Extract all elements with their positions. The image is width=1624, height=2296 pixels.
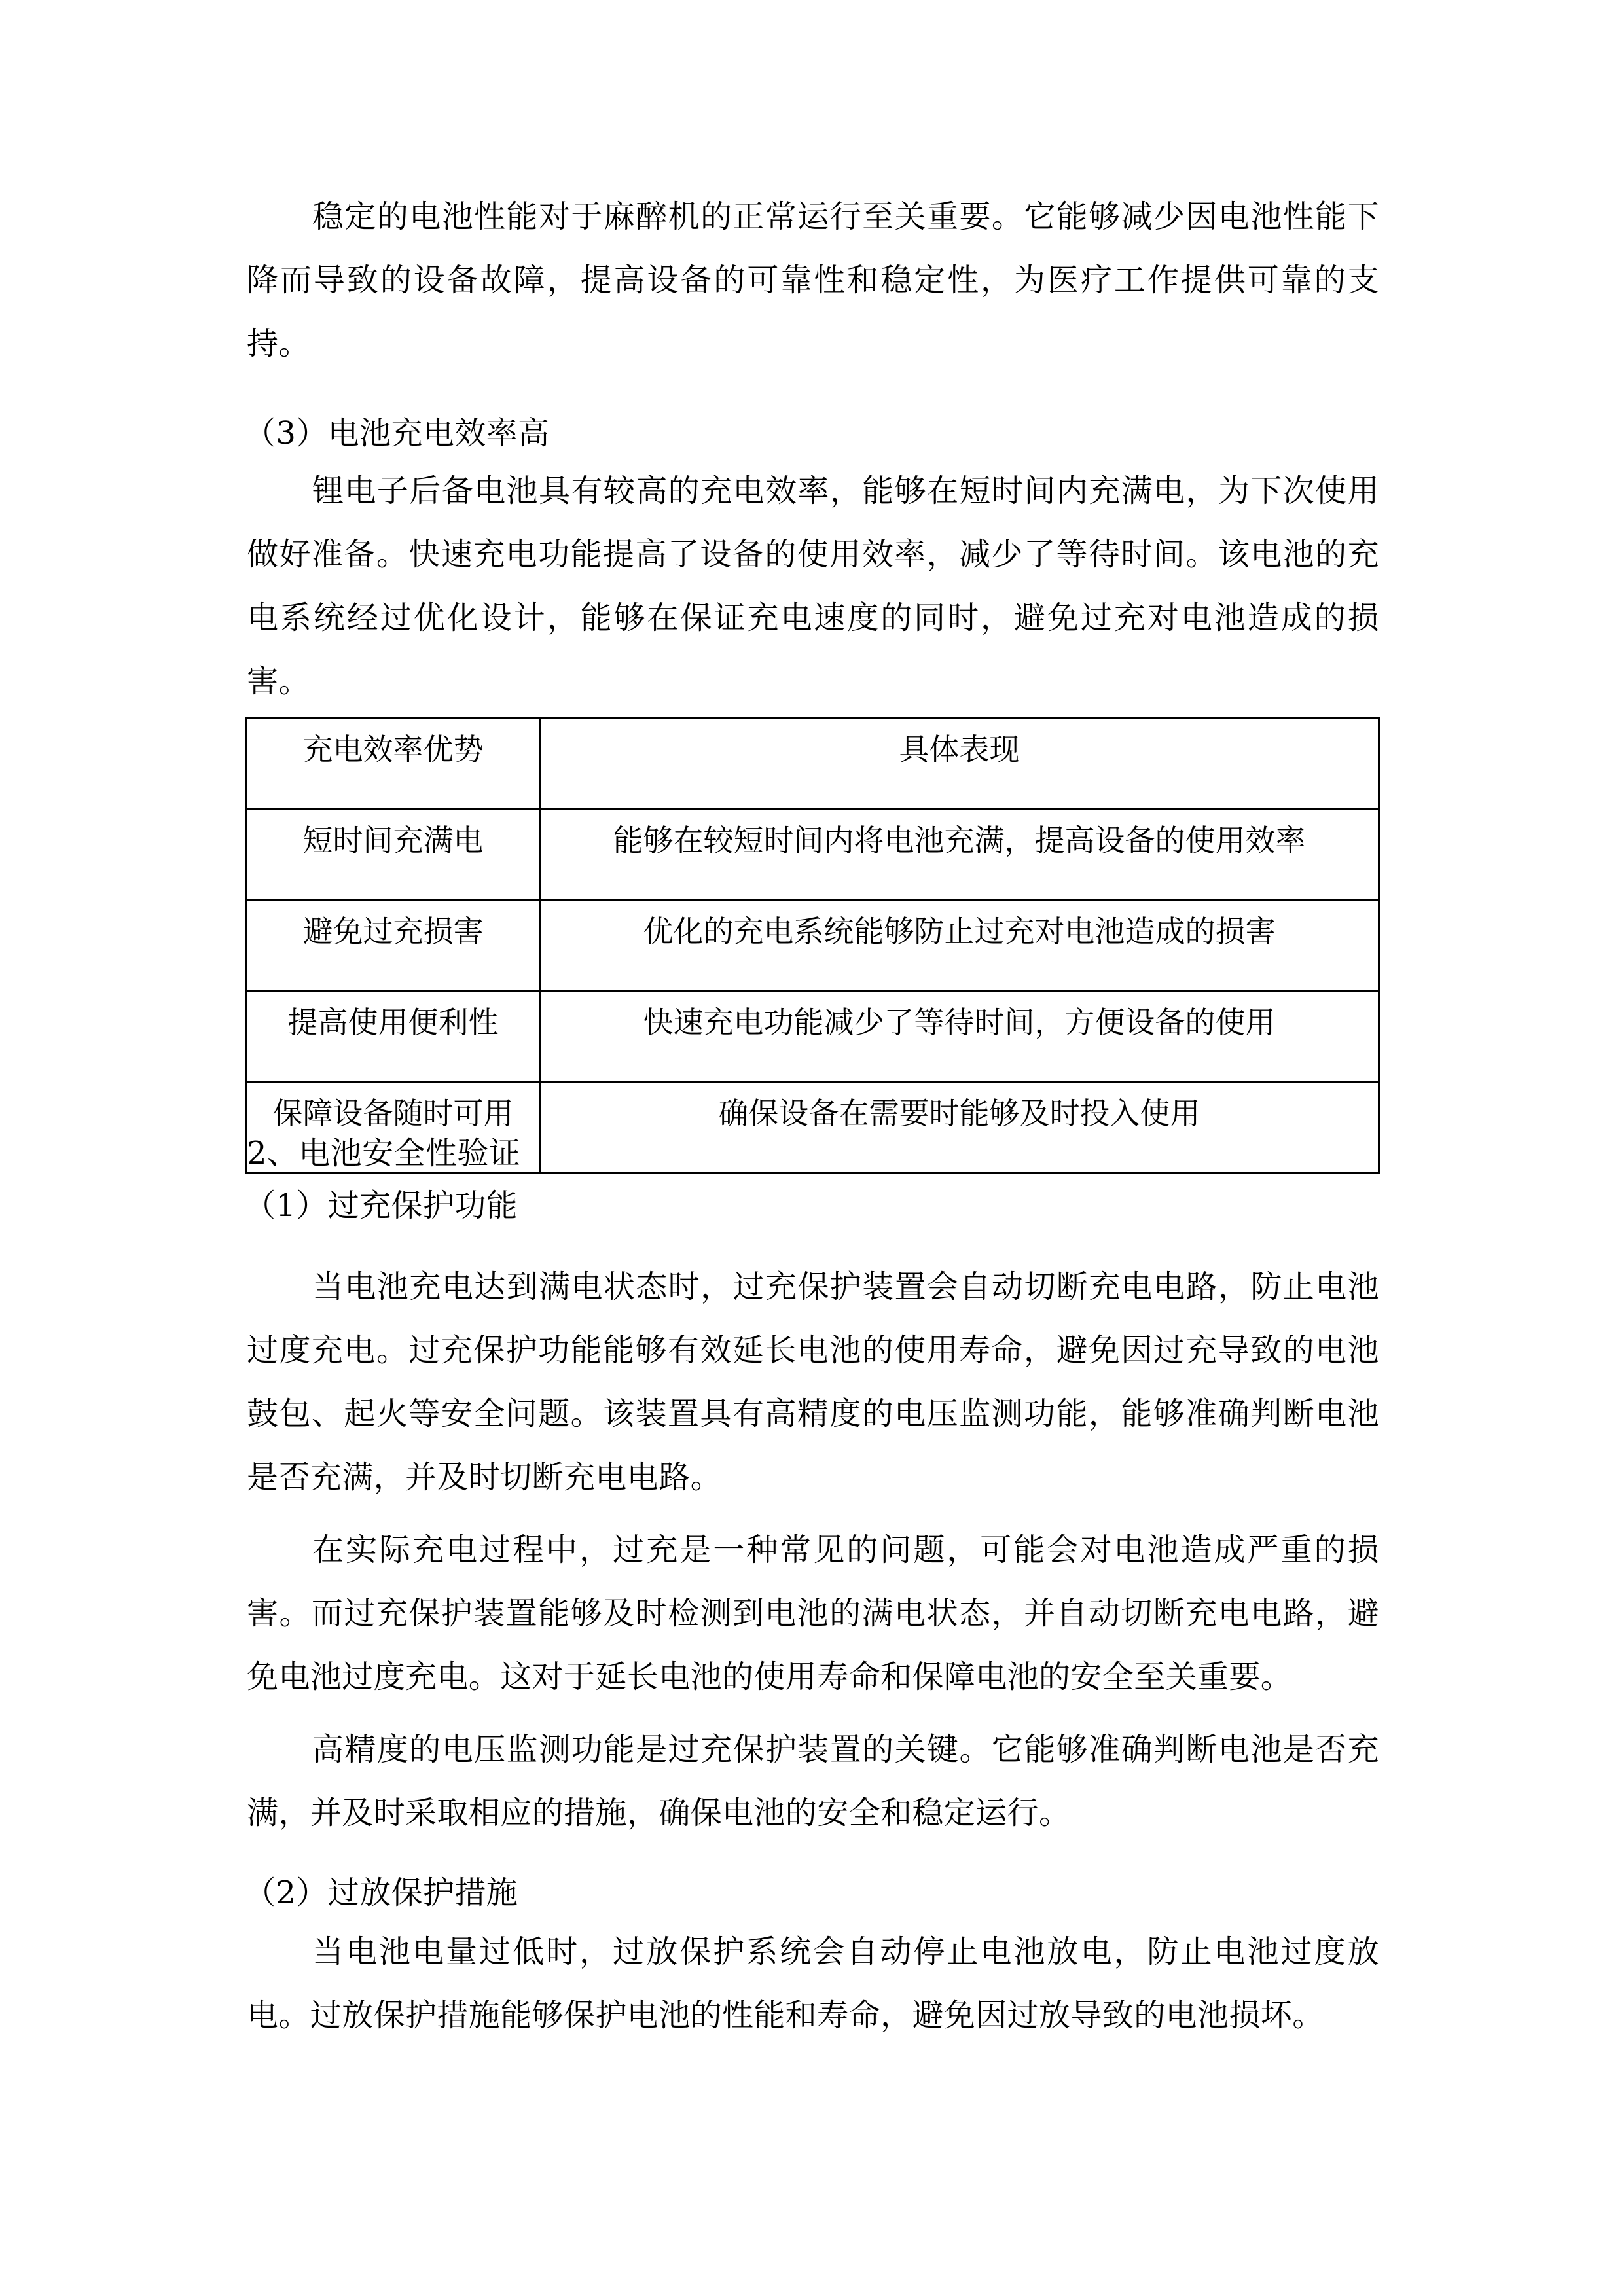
table-cell: 短时间充满电 <box>247 810 540 901</box>
section-battery-safety: 2、电池安全性验证 （1）过充保护功能 <box>247 1127 1379 1232</box>
paragraph-overcharge-1: 当电池充电达到满电状态时，过充保护装置会自动切断充电电路，防止电池过度充电。过充… <box>247 1255 1379 1509</box>
table-row: 短时间充满电 能够在较短时间内将电池充满，提高设备的使用效率 <box>247 810 1379 901</box>
section-heading-battery-safety: 2、电池安全性验证 <box>247 1127 1379 1179</box>
charging-efficiency-table: 充电效率优势 具体表现 短时间充满电 能够在较短时间内将电池充满，提高设备的使用… <box>245 717 1380 1174</box>
table-cell: 提高使用便利性 <box>247 992 540 1083</box>
section-charging-efficiency: （3）电池充电效率高 锂电子后备电池具有较高的充电效率，能够在短时间内充满电，为… <box>247 407 1379 713</box>
paragraph-battery-stability: 稳定的电池性能对于麻醉机的正常运行至关重要。它能够减少因电池性能下降而导致的设备… <box>247 185 1379 376</box>
paragraph-overcharge-2: 在实际充电过程中，过充是一种常见的问题，可能会对电池造成严重的损害。而过充保护装… <box>247 1518 1379 1709</box>
table-cell: 能够在较短时间内将电池充满，提高设备的使用效率 <box>540 810 1379 901</box>
subsection-heading-overcharge: （1）过充保护功能 <box>247 1179 1379 1232</box>
table-header-row: 充电效率优势 具体表现 <box>247 719 1379 810</box>
paragraph-overdischarge: 当电池电量过低时，过放保护系统会自动停止电池放电，防止电池过度放电。过放保护措施… <box>247 1920 1379 2047</box>
table-header-cell: 充电效率优势 <box>247 719 540 810</box>
table-cell: 避免过充损害 <box>247 901 540 992</box>
table-cell: 快速充电功能减少了等待时间，方便设备的使用 <box>540 992 1379 1083</box>
intro-section: 稳定的电池性能对于麻醉机的正常运行至关重要。它能够减少因电池性能下降而导致的设备… <box>247 185 1379 376</box>
section-heading-charging-efficiency: （3）电池充电效率高 <box>247 407 1379 459</box>
table-cell: 优化的充电系统能够防止过充对电池造成的损害 <box>540 901 1379 992</box>
overcharge-section: 当电池充电达到满电状态时，过充保护装置会自动切断充电电路，防止电池过度充电。过充… <box>247 1255 1379 1845</box>
paragraph-overcharge-3: 高精度的电压监测功能是过充保护装置的关键。它能够准确判断电池是否充满，并及时采取… <box>247 1718 1379 1845</box>
table-header-cell: 具体表现 <box>540 719 1379 810</box>
paragraph-charging-efficiency: 锂电子后备电池具有较高的充电效率，能够在短时间内充满电，为下次使用做好准备。快速… <box>247 459 1379 713</box>
overdischarge-section: （2）过放保护措施 当电池电量过低时，过放保护系统会自动停止电池放电，防止电池过… <box>247 1865 1379 2047</box>
subsection-heading-overdischarge: （2）过放保护措施 <box>247 1865 1379 1920</box>
table-row: 避免过充损害 优化的充电系统能够防止过充对电池造成的损害 <box>247 901 1379 992</box>
table-row: 提高使用便利性 快速充电功能减少了等待时间，方便设备的使用 <box>247 992 1379 1083</box>
document-page: 稳定的电池性能对于麻醉机的正常运行至关重要。它能够减少因电池性能下降而导致的设备… <box>0 0 1624 2296</box>
